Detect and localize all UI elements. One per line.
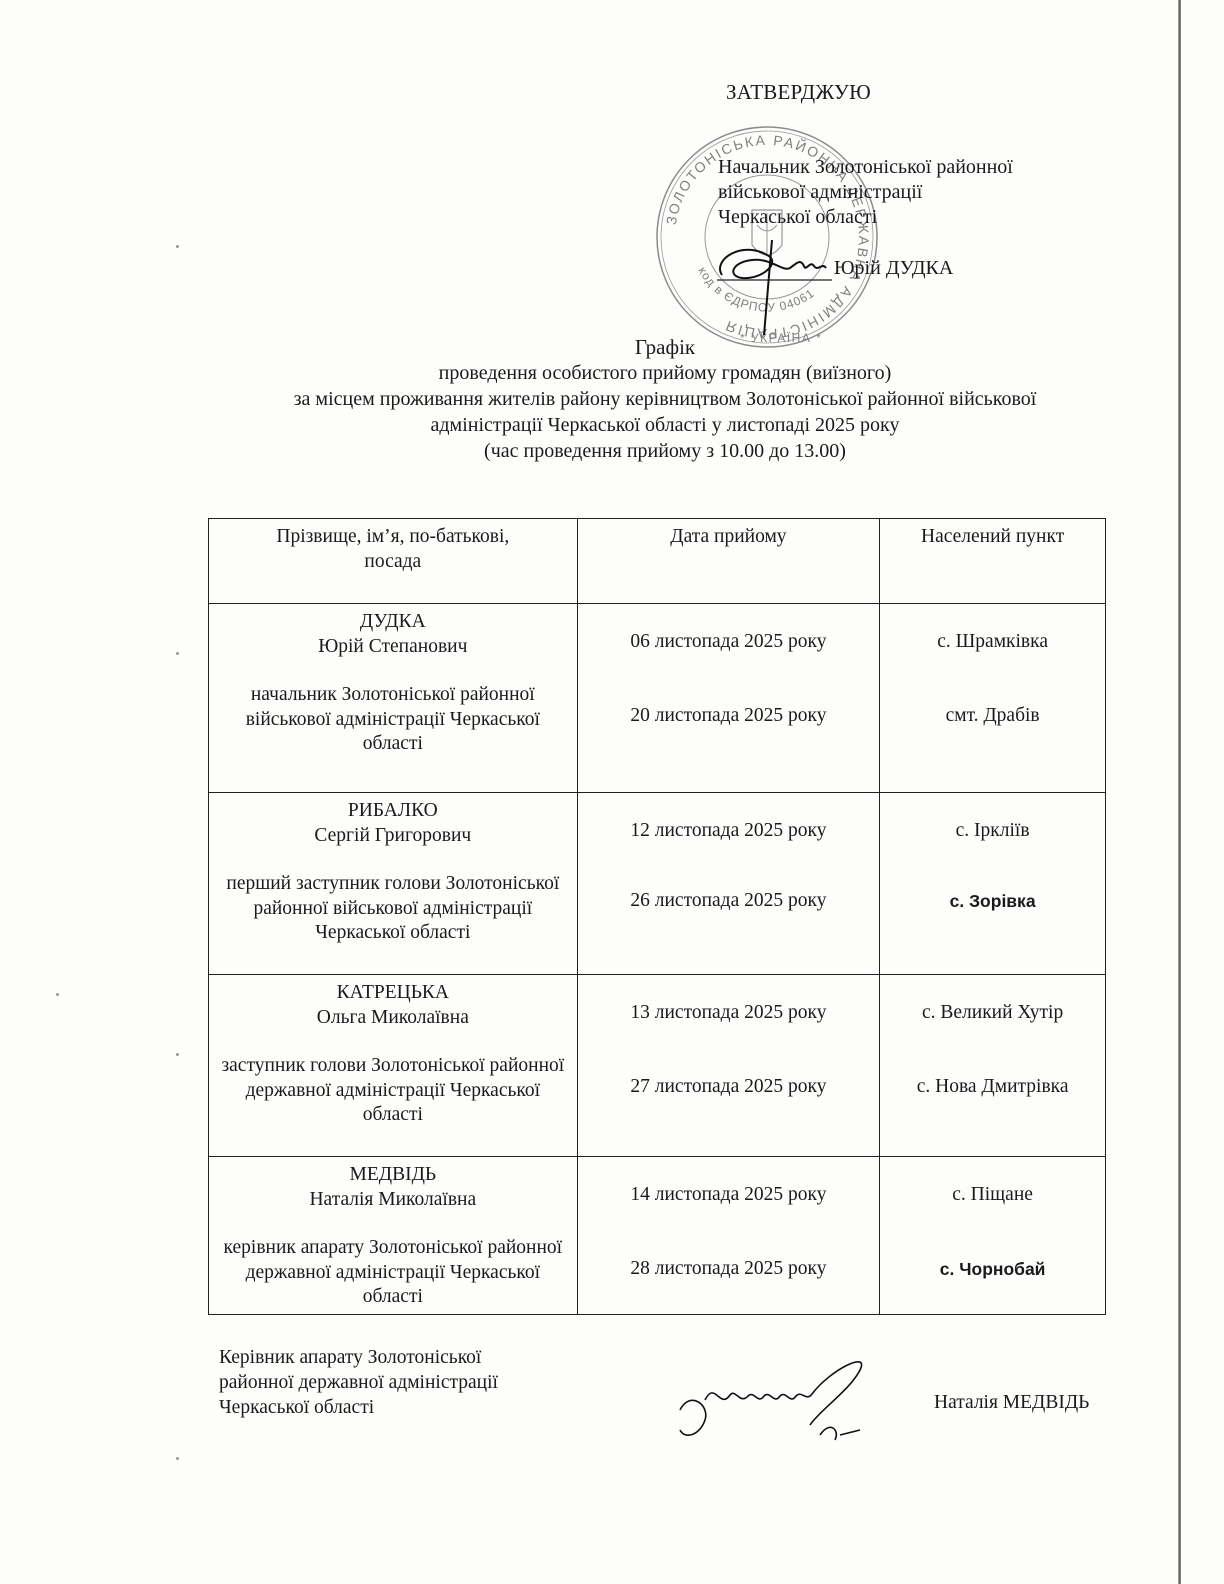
person-cell: КАТРЕЦЬКА Ольга Миколаївна заступник гол… (209, 975, 578, 1157)
document-page: ЗОЛОТОНІСЬКА РАЙОННА ДЕРЖАВНА АДМІНІСТРА… (0, 0, 1224, 1584)
position: керівник апарату Золотоніської районної … (215, 1236, 571, 1310)
place-entry: с. Зорівка (886, 889, 1099, 914)
place-entry: с. Чорнобай (886, 1257, 1099, 1282)
date-cell: 12 листопада 2025 року 26 листопада 2025… (577, 793, 880, 975)
surname: РИБАЛКО (215, 799, 571, 824)
date-cell: 13 листопада 2025 року 27 листопада 2025… (577, 975, 880, 1157)
place-entry: с. Нова Дмитрівка (886, 1075, 1099, 1100)
place-cell: с. Шрамківка смт. Драбів (880, 604, 1106, 793)
scan-speck (176, 652, 179, 655)
date-entry: 12 листопада 2025 року (584, 819, 874, 844)
date-entry: 14 листопада 2025 року (584, 1183, 874, 1208)
place-entry: с. Шрамківка (886, 630, 1099, 655)
signature-icon (660, 1350, 900, 1450)
scan-speck (56, 993, 59, 996)
scan-speck (176, 1053, 179, 1056)
given-names: Наталія Миколаївна (215, 1188, 571, 1213)
place-cell: с. Великий Хутір с. Нова Дмитрівка (880, 975, 1106, 1157)
person-cell: РИБАЛКО Сергій Григорович перший заступн… (209, 793, 578, 975)
date-entry: 28 листопада 2025 року (584, 1257, 874, 1282)
header-date: Дата прийому (577, 519, 880, 604)
approval-position: Начальник Золотоніської районної військо… (718, 155, 1013, 230)
footer-position: Керівник апарату Золотоніської районної … (219, 1345, 498, 1420)
place-entry: смт. Драбів (886, 704, 1099, 729)
place-cell: с. Піщане с. Чорнобай (880, 1157, 1106, 1315)
scan-edge (1178, 0, 1181, 1584)
title-line: адміністрації Черкаської області у листо… (200, 412, 1130, 438)
date-entry: 20 листопада 2025 року (584, 704, 874, 729)
footer-signatory: Наталія МЕДВІДЬ (934, 1392, 1089, 1414)
title-main: Графік (200, 334, 1130, 360)
approval-signatory: Юрій ДУДКА (834, 257, 953, 280)
scan-speck (176, 245, 179, 248)
place-entry: с. Іркліїв (886, 819, 1099, 844)
footer-position-line: Керівник апарату Золотоніської (219, 1345, 498, 1370)
surname: МЕДВІДЬ (215, 1163, 571, 1188)
footer-position-line: Черкаської області (219, 1395, 498, 1420)
place-entry: с. Великий Хутір (886, 1001, 1099, 1026)
place-entry: с. Піщане (886, 1183, 1099, 1208)
table-row: МЕДВІДЬ Наталія Миколаївна керівник апар… (209, 1157, 1106, 1315)
table-header-row: Прізвище, ім’я, по-батькові, посада Дата… (209, 519, 1106, 604)
date-entry: 13 листопада 2025 року (584, 1001, 874, 1026)
table-row: РИБАЛКО Сергій Григорович перший заступн… (209, 793, 1106, 975)
position: начальник Золотоніської районної військо… (215, 683, 571, 757)
header-place: Населений пункт (880, 519, 1106, 604)
date-entry: 26 листопада 2025 року (584, 889, 874, 914)
approval-position-line: Начальник Золотоніської районної (718, 155, 1013, 180)
position: заступник голови Золотоніської районної … (215, 1054, 571, 1128)
surname: КАТРЕЦЬКА (215, 981, 571, 1006)
scan-speck (176, 1457, 179, 1460)
footer-position-line: районної державної адміністрації (219, 1370, 498, 1395)
schedule-table: Прізвище, ім’я, по-батькові, посада Дата… (208, 518, 1106, 1315)
date-cell: 14 листопада 2025 року 28 листопада 2025… (577, 1157, 880, 1315)
header-person: Прізвище, ім’я, по-батькові, посада (209, 519, 578, 604)
document-title: Графік проведення особистого прийому гро… (200, 334, 1130, 464)
date-entry: 06 листопада 2025 року (584, 630, 874, 655)
person-cell: ДУДКА Юрій Степанович начальник Золотоні… (209, 604, 578, 793)
table-row: КАТРЕЦЬКА Ольга Миколаївна заступник гол… (209, 975, 1106, 1157)
date-cell: 06 листопада 2025 року 20 листопада 2025… (577, 604, 880, 793)
place-cell: с. Іркліїв с. Зорівка (880, 793, 1106, 975)
approval-heading: ЗАТВЕРДЖУЮ (726, 80, 871, 105)
given-names: Сергій Григорович (215, 824, 571, 849)
given-names: Юрій Степанович (215, 635, 571, 660)
date-entry: 27 листопада 2025 року (584, 1075, 874, 1100)
title-line: (час проведення прийому з 10.00 до 13.00… (200, 438, 1130, 464)
table-row: ДУДКА Юрій Степанович начальник Золотоні… (209, 604, 1106, 793)
approval-position-line: військової адміністрації (718, 180, 1013, 205)
approval-position-line: Черкаської області (718, 205, 1013, 230)
title-line: проведення особистого прийому громадян (… (200, 360, 1130, 386)
title-line: за місцем проживання жителів району кері… (200, 386, 1130, 412)
person-cell: МЕДВІДЬ Наталія Миколаївна керівник апар… (209, 1157, 578, 1315)
surname: ДУДКА (215, 610, 571, 635)
given-names: Ольга Миколаївна (215, 1006, 571, 1031)
position: перший заступник голови Золотоніської ра… (215, 872, 571, 946)
